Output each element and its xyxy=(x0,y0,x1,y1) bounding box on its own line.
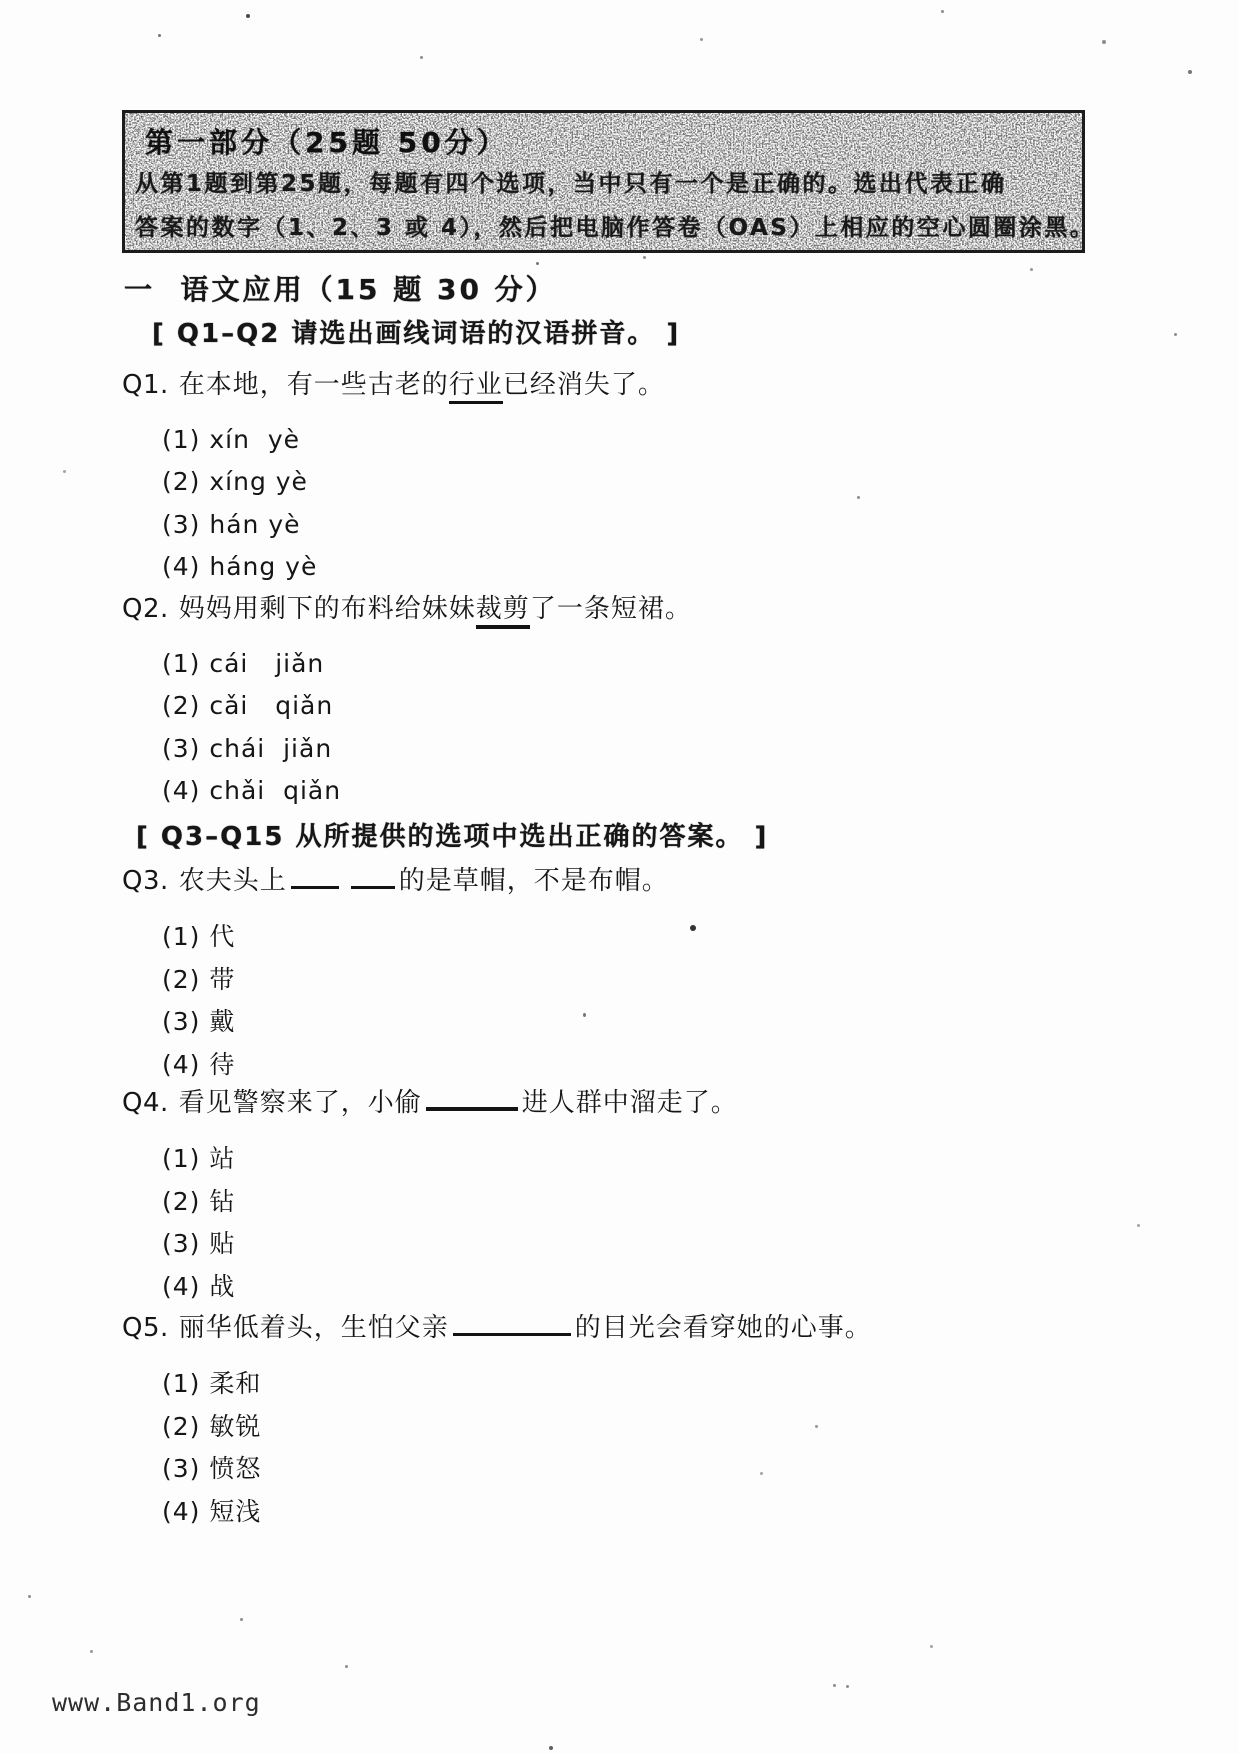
part1-instruction-line2: 答案的数字（1、2、3 或 4），然后把电脑作答卷（OAS）上相应的空心圆圈涂黑… xyxy=(135,209,1075,242)
noise-dot xyxy=(930,1645,933,1648)
part1-title: 第一部分（25题 50分） xyxy=(145,121,509,161)
section-heading: 一 语文应用（15 题 30 分） xyxy=(124,268,557,308)
noise-dot xyxy=(90,1650,93,1653)
q4-option-3: (3) 贴 xyxy=(162,1221,738,1264)
q3-stem-text: 农夫头上 xyxy=(179,866,287,896)
q1-number: Q1. xyxy=(122,370,169,400)
question-q1: Q1.在本地，有一些古老的行业已经消失了。 (1) xín yè (2) xín… xyxy=(122,368,665,588)
q4-options: (1) 站 (2) 钻 (3) 贴 (4) 战 xyxy=(162,1136,738,1306)
noise-dot xyxy=(246,14,250,18)
q2-option-1: (1) cái jiǎn xyxy=(162,642,692,685)
q1-stem: Q1.在本地，有一些古老的行业已经消失了。 xyxy=(122,368,665,402)
watermark-url: www.Band1.org xyxy=(52,1688,261,1717)
q5-option-3: (3) 愤怒 xyxy=(162,1446,872,1489)
q4-answer-blank xyxy=(426,1086,518,1111)
noise-dot xyxy=(690,925,696,931)
group1-instruction: [ Q1–Q2 请选出画线词语的汉语拼音。 ] xyxy=(152,313,680,350)
noise-dot xyxy=(846,1685,849,1688)
q5-stem-tail: 的目光会看穿她的心事。 xyxy=(575,1313,872,1343)
q3-answer-blank xyxy=(291,864,339,889)
q5-number: Q5. xyxy=(122,1313,169,1343)
q1-option-4: (4) háng yè xyxy=(162,546,665,589)
question-q3: Q3.农夫头上的是草帽，不是布帽。 (1) 代 (2) 带 (3) 戴 (4) … xyxy=(122,864,669,1084)
noise-dot xyxy=(63,470,66,473)
q3-stem: Q3.农夫头上的是草帽，不是布帽。 xyxy=(122,864,669,898)
q3-option-1: (1) 代 xyxy=(162,914,669,957)
q4-option-2: (2) 钻 xyxy=(162,1179,738,1222)
noise-dot xyxy=(941,10,944,13)
q1-underlined-word: 行业 xyxy=(449,370,503,404)
q3-option-3: (3) 戴 xyxy=(162,999,669,1042)
q5-stem: Q5.丽华低着头，生怕父亲的目光会看穿她的心事。 xyxy=(122,1311,872,1345)
q4-option-1: (1) 站 xyxy=(162,1136,738,1179)
noise-dot xyxy=(1137,1224,1140,1227)
q3-option-2: (2) 带 xyxy=(162,957,669,1000)
q4-stem-text: 看见警察来了，小偷 xyxy=(179,1088,422,1118)
q1-stem-text: 在本地，有一些古老的 xyxy=(179,370,449,400)
noise-dot xyxy=(345,1665,348,1668)
part1-instruction-line1: 从第1题到第25题，每题有四个选项，当中只有一个是正确的。选出代表正确 xyxy=(135,165,1075,198)
q5-option-2: (2) 敏锐 xyxy=(162,1404,872,1447)
q1-stem-tail: 已经消失了。 xyxy=(503,370,665,400)
scanned-exam-page: 第一部分（25题 50分） 从第1题到第25题，每题有四个选项，当中只有一个是正… xyxy=(0,0,1239,1754)
q1-option-1: (1) xín yè xyxy=(162,418,665,461)
noise-dot xyxy=(28,1595,31,1598)
noise-dot xyxy=(420,56,423,59)
noise-dot xyxy=(1030,268,1033,271)
q5-options: (1) 柔和 (2) 敏锐 (3) 愤怒 (4) 短浅 xyxy=(162,1361,872,1531)
q3-stem-tail: 的是草帽，不是布帽。 xyxy=(399,866,669,896)
q2-option-3: (3) chái jiǎn xyxy=(162,727,692,770)
question-q5: Q5.丽华低着头，生怕父亲的目光会看穿她的心事。 (1) 柔和 (2) 敏锐 (… xyxy=(122,1311,872,1531)
q4-stem: Q4.看见警察来了，小偷进人群中溜走了。 xyxy=(122,1086,738,1120)
q4-stem-tail: 进人群中溜走了。 xyxy=(522,1088,738,1118)
q2-underlined-word: 裁剪 xyxy=(476,594,530,629)
noise-dot xyxy=(158,34,161,37)
noise-dot xyxy=(536,262,539,265)
q2-option-2: (2) cǎi qiǎn xyxy=(162,685,692,728)
q2-stem: Q2.妈妈用剩下的布料给妹妹裁剪了一条短裙。 xyxy=(122,592,692,626)
q2-stem-text: 妈妈用剩下的布料给妹妹 xyxy=(179,594,476,624)
q5-stem-text: 丽华低着头，生怕父亲 xyxy=(179,1313,449,1343)
q5-answer-blank xyxy=(453,1311,571,1336)
q4-option-4: (4) 战 xyxy=(162,1264,738,1307)
q5-option-4: (4) 短浅 xyxy=(162,1489,872,1532)
q3-number: Q3. xyxy=(122,866,169,896)
noise-dot xyxy=(643,256,646,259)
part1-instruction-box: 第一部分（25题 50分） 从第1题到第25题，每题有四个选项，当中只有一个是正… xyxy=(122,110,1085,253)
noise-dot xyxy=(1174,333,1177,336)
q2-stem-tail: 了一条短裙。 xyxy=(530,594,692,624)
noise-dot xyxy=(857,496,860,499)
q3-answer-blank-2 xyxy=(351,864,395,889)
q2-options: (1) cái jiǎn (2) cǎi qiǎn (3) chái jiǎn … xyxy=(162,642,692,812)
question-q2: Q2.妈妈用剩下的布料给妹妹裁剪了一条短裙。 (1) cái jiǎn (2) … xyxy=(122,592,692,812)
q3-option-4: (4) 待 xyxy=(162,1042,669,1085)
noise-dot xyxy=(549,1746,553,1750)
q3-options: (1) 代 (2) 带 (3) 戴 (4) 待 xyxy=(162,914,669,1084)
noise-dot xyxy=(700,38,703,41)
q1-option-3: (3) hán yè xyxy=(162,503,665,546)
q4-number: Q4. xyxy=(122,1088,169,1118)
noise-dot xyxy=(1188,70,1192,74)
q2-number: Q2. xyxy=(122,594,169,624)
group2-instruction: [ Q3–Q15 从所提供的选项中选出正确的答案。 ] xyxy=(136,816,768,853)
noise-dot xyxy=(240,1618,243,1621)
q2-option-4: (4) chǎi qiǎn xyxy=(162,770,692,813)
q1-options: (1) xín yè (2) xíng yè (3) hán yè (4) há… xyxy=(162,418,665,588)
question-q4: Q4.看见警察来了，小偷进人群中溜走了。 (1) 站 (2) 钻 (3) 贴 (… xyxy=(122,1086,738,1306)
noise-dot xyxy=(1102,40,1106,44)
q1-option-2: (2) xíng yè xyxy=(162,461,665,504)
q5-option-1: (1) 柔和 xyxy=(162,1361,872,1404)
noise-dot xyxy=(833,1684,836,1687)
